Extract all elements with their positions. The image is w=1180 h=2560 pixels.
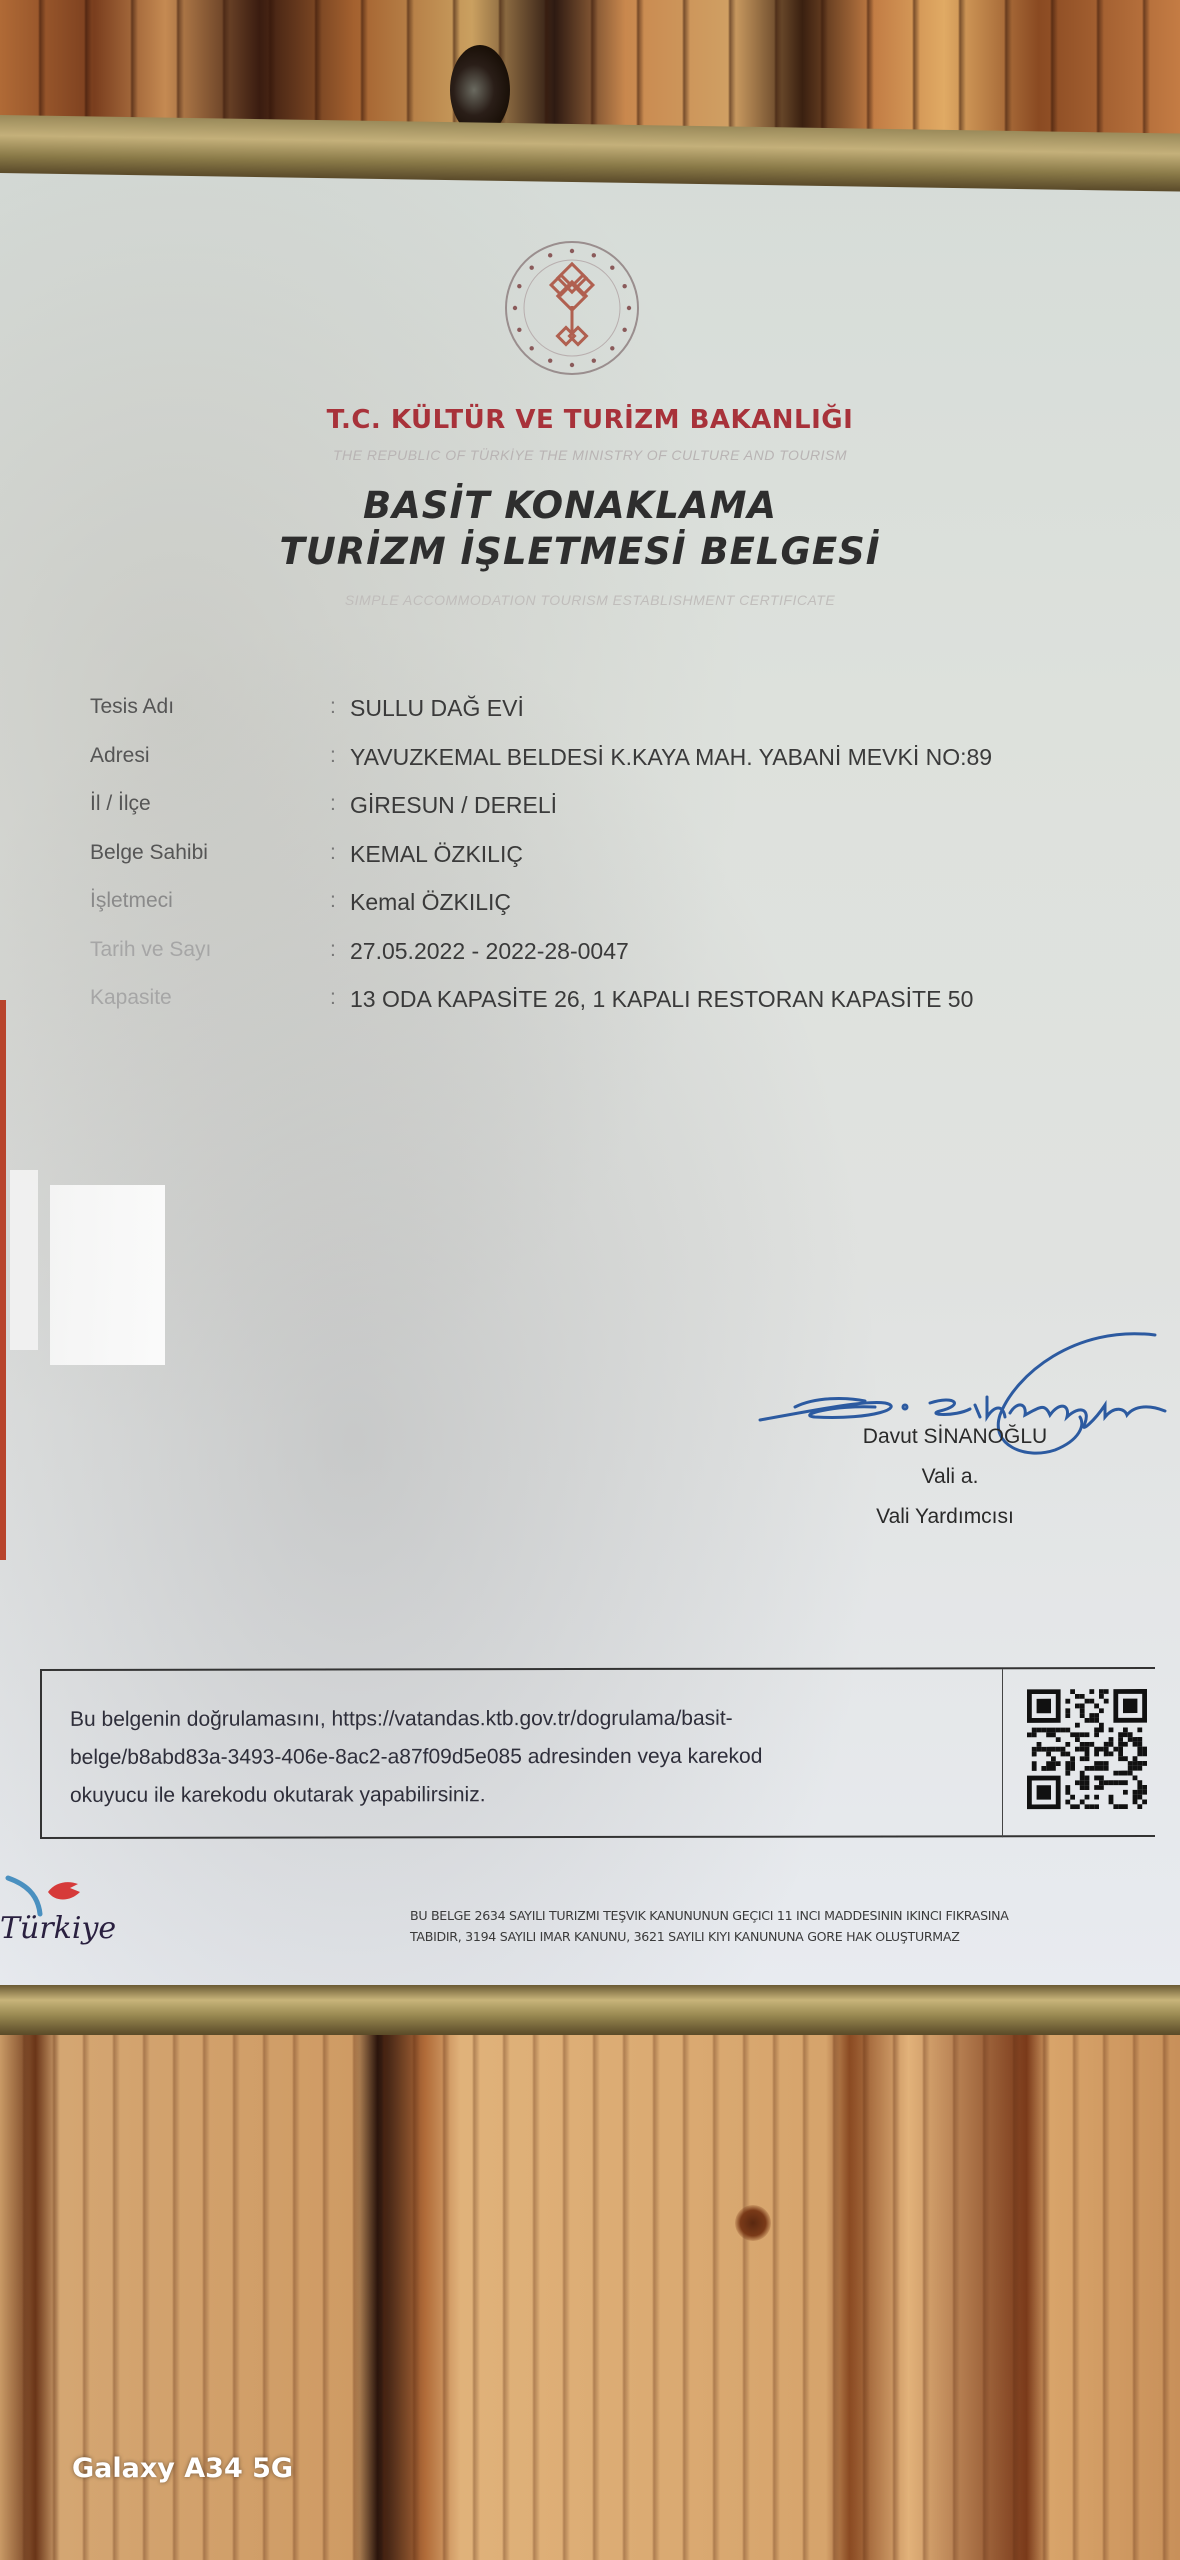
field-value: Kemal ÖZKILIÇ	[350, 889, 511, 916]
signatory-position: Vali Yardımcısı	[735, 1505, 1155, 1529]
field-label: Tesis Adı	[90, 695, 174, 719]
field-value: 13 ODA KAPASİTE 26, 1 KAPALI RESTORAN KA…	[350, 986, 973, 1013]
legal-line: TABIDIR, 3194 SAYILI IMAR KANUNU, 3621 S…	[410, 1926, 1170, 1947]
ministry-emblem-icon	[502, 238, 642, 378]
field-colon: :	[330, 695, 336, 719]
window-reflection	[10, 1170, 38, 1350]
signatory-title: Vali a.	[740, 1465, 1160, 1489]
verification-box: Bu belgenin doğrulamasını, https://vatan…	[40, 1667, 1155, 1839]
certificate-title-line1: BASİT KONAKLAMA	[0, 484, 1160, 527]
legal-notice: BU BELGE 2634 SAYILI TURIZMI TEŞVIK KANU…	[410, 1905, 1170, 1947]
field-label: İşletmeci	[90, 889, 173, 913]
certificate-title-line2: TURİZM İŞLETMESİ BELGESİ	[0, 530, 1170, 573]
field-colon: :	[330, 889, 336, 913]
turkiye-logo-icon: Türkiye	[0, 1870, 125, 1955]
field-colon: :	[330, 744, 336, 768]
signatory-name: Davut SİNANOĞLU	[745, 1425, 1165, 1449]
field-value: 27.05.2022 - 2022-28-0047	[350, 938, 629, 965]
ministry-name-english: THE REPUBLIC OF TÜRKİYE THE MINISTRY OF …	[0, 447, 1180, 463]
verification-text: Bu belgenin doğrulamasını, https://vatan…	[70, 1699, 1010, 1815]
field-value: KEMAL ÖZKILIÇ	[350, 841, 523, 868]
field-label: Tarih ve Sayı	[90, 938, 211, 962]
reflection-red-edge	[0, 1000, 6, 1560]
field-colon: :	[330, 938, 336, 962]
field-colon: :	[330, 841, 336, 865]
field-colon: :	[330, 986, 336, 1010]
field-colon: :	[330, 792, 336, 816]
frame-bottom-edge	[0, 1985, 1180, 2035]
field-value: GİRESUN / DERELİ	[350, 792, 557, 819]
wood-knot	[735, 2205, 771, 2241]
certificate-title-english: SIMPLE ACCOMMODATION TOURISM ESTABLISHME…	[0, 592, 1180, 608]
verification-line: belge/b8abd83a-3493-406e-8ac2-a87f09d5e0…	[70, 1737, 1010, 1777]
field-label: Adresi	[90, 744, 150, 768]
field-value: SULLU DAĞ EVİ	[350, 695, 524, 722]
qr-code-icon	[1027, 1689, 1147, 1809]
field-label: İl / İlçe	[90, 792, 151, 816]
legal-line: BU BELGE 2634 SAYILI TURIZMI TEŞVIK KANU…	[410, 1905, 1170, 1926]
verification-line: Bu belgenin doğrulamasını, https://vatan…	[70, 1699, 1010, 1739]
svg-text:Türkiye: Türkiye	[0, 1911, 116, 1946]
field-value: YAVUZKEMAL BELDESİ K.KAYA MAH. YABANİ ME…	[350, 744, 992, 771]
window-reflection-bright	[50, 1185, 165, 1365]
field-label: Belge Sahibi	[90, 841, 208, 865]
camera-watermark: Galaxy A34 5G	[72, 2453, 293, 2484]
ministry-name: T.C. KÜLTÜR VE TURİZM BAKANLIĞI	[0, 405, 1180, 435]
verification-divider	[1002, 1669, 1003, 1837]
verification-line: okuyucu ile karekodu okutarak yapabilirs…	[70, 1775, 1010, 1815]
field-label: Kapasite	[90, 986, 172, 1010]
